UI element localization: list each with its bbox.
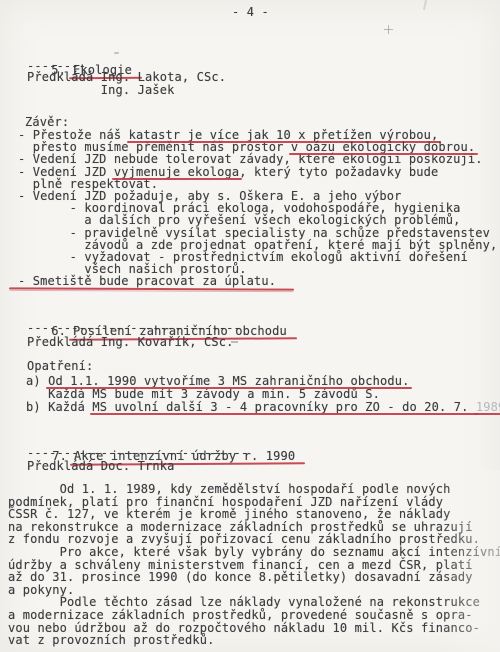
text-segment: Předkládá Ing. Lakota, CSc. (27, 70, 226, 84)
text-segment: Předkládá Ing. Kovařík, CSc. (27, 335, 234, 349)
red-underlined-text: 1989. (476, 400, 500, 414)
text-segment: Předkládá Doc. Trnka (27, 459, 175, 473)
presenters: Předkládá Doc. Trnka (27, 460, 175, 473)
text-segment: Každá MS bude mít 3 závody a min. 5 závo… (26, 387, 380, 401)
text-segment: Ing. Jašek (27, 83, 175, 97)
registration-cross-artifact (384, 25, 393, 34)
text-segment: až do 31. prosince 1990 (do konce 8.pěti… (8, 570, 473, 584)
scanned-document-page: - 4 - 5.Ekologie -------- Předkládá Ing.… (0, 0, 500, 652)
red-underlined-text: - Smetiště bude pracovat za úplatu. (18, 274, 276, 288)
red-underlined-text: v oázu ekologicky dobrou. (291, 140, 475, 154)
doc-line: a) Od 1.1. 1990 vytvoříme 3 MS zahraničn… (26, 375, 500, 388)
scratch-artifact (423, 0, 427, 10)
red-underlined-text: Od 1.1. 1990 vytvoříme 3 MS zahraničního… (48, 374, 409, 388)
doc-line: - Smetiště bude pracovat za úplatu. (18, 275, 497, 287)
presenters: Předkládá Ing. Kovařík, CSc. (27, 336, 234, 349)
body-paragraphs: Od 1. 1. 1989, kdy zemědělství hospodaří… (8, 483, 500, 647)
text-segment: b) Každá (26, 400, 92, 414)
page-number: - 4 - (232, 5, 269, 19)
doc-line: Ing. Jašek (27, 84, 226, 97)
typed-underline-dashes: ------------------------------ (27, 446, 248, 460)
doc-line: Předkládá Doc. Trnka (27, 460, 175, 473)
text-segment: , který tyto požadavky bude (239, 165, 438, 179)
doc-line: Předkládá Ing. Kovařík, CSc. (27, 336, 234, 349)
red-underlined-text: vyjmenuje ekologa (114, 165, 239, 179)
presenters: Předkládá Ing. Lakota, CSc. Ing. Jašek (27, 71, 226, 97)
red-underlined-text: MS uvolní další 3 - 4 pracovníky pro ZO … (92, 400, 475, 414)
measures-label: Opatření: (27, 359, 93, 373)
doc-line: až do 31. prosince 1990 (do konce 8.pěti… (8, 571, 500, 584)
text-segment: a) (26, 374, 48, 388)
doc-line: b) Každá MS uvolní další 3 - 4 pracovník… (26, 401, 500, 414)
measures-list: a) Od 1.1. 1990 vytvoříme 3 MS zahraničn… (26, 375, 500, 414)
conclusion-label: Závěr: (25, 115, 69, 129)
doc-line: vat z provozních prostředků. (8, 634, 500, 647)
text-segment: vat z provozních prostředků. (8, 633, 215, 647)
conclusion-list: - Přestože náš katastr je více jak 10 x … (18, 129, 497, 288)
typed-underline-dashes: ----------------------------- (27, 321, 241, 335)
